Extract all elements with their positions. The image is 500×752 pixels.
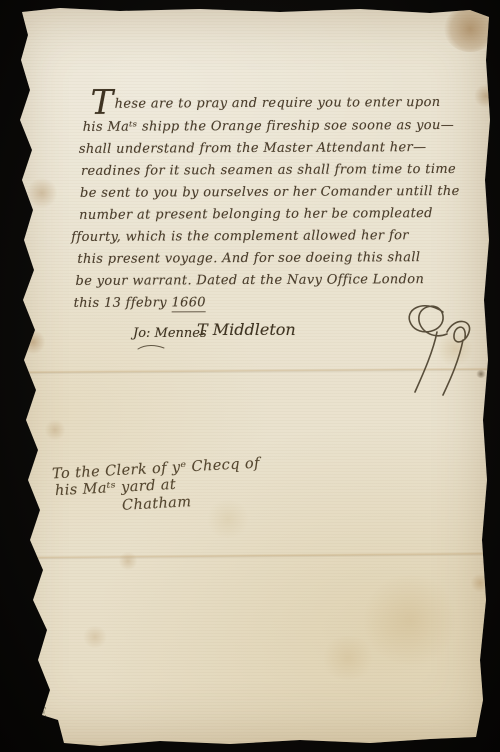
manuscript-line: These are to pray and require you to ent…: [91, 95, 441, 112]
date-prefix: this 13 ffebry: [74, 295, 172, 311]
signature-middleton: T Middleton: [197, 320, 296, 339]
manuscript-date-line: this 13 ffebry 1660: [74, 295, 206, 311]
manuscript-body: These are to pray and require you to ent…: [0, 0, 500, 752]
photo-backdrop: These are to pray and require you to ent…: [0, 0, 500, 752]
manuscript-line: ffourty, which is the complement allowed…: [71, 228, 409, 245]
manuscript-line: be sent to you by ourselves or her Coman…: [80, 184, 460, 201]
manuscript-line: shall understand from the Master Attenda…: [79, 140, 427, 157]
manuscript-line: number at present belonging to her be co…: [79, 206, 433, 223]
date-year: 1660: [171, 295, 206, 312]
manuscript-line: be your warrant. Dated at the Navy Offic…: [75, 272, 424, 289]
manuscript-line: this present voyage. And for soe doeing …: [77, 250, 420, 267]
manuscript-paper: These are to pray and require you to ent…: [0, 0, 500, 752]
opening-initial: T: [90, 83, 113, 123]
manuscript-line-text: hese are to pray and require you to ente…: [115, 95, 441, 112]
signature-mennes: Jo: Mennes: [133, 326, 207, 341]
manuscript-line: his Maᵗˢ shipp the Orange fireship soe s…: [83, 118, 454, 135]
manuscript-line: readines for it such seamen as shall fro…: [81, 162, 456, 179]
